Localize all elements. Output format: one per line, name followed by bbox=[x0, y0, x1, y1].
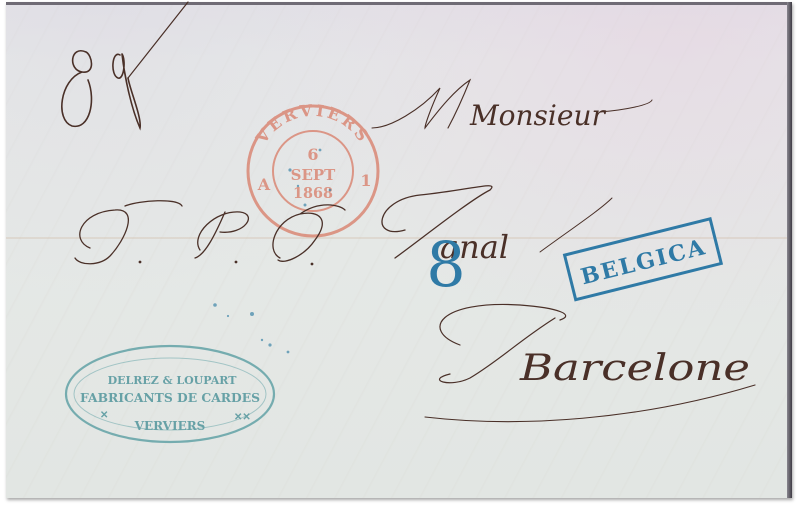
verviers-postmark: VERVIERS 6 SEPT 1868 A 1 bbox=[248, 101, 378, 236]
city-text: Barcelone bbox=[519, 348, 750, 389]
belgica-boxed-handstamp: BELGICA bbox=[565, 219, 722, 300]
cover-markings: 8 g VERVIERS 6 SEPT 1868 A 1 Monsieur J.… bbox=[0, 0, 800, 513]
cachet-line1: DELREZ & LOUPART bbox=[108, 374, 238, 387]
address-salutation: Monsieur bbox=[372, 80, 652, 132]
postmark-town: VERVIERS bbox=[251, 101, 374, 148]
sender-oval-cachet: DELREZ & LOUPART FABRICANTS DE CARDES VE… bbox=[66, 346, 274, 442]
postmark-year: 1868 bbox=[293, 184, 333, 202]
cachet-ornament-right: ✕✕ bbox=[234, 412, 251, 423]
postmark-day: 6 bbox=[307, 145, 318, 164]
salutation-text: Monsieur bbox=[469, 99, 606, 132]
svg-text:VERVIERS: VERVIERS bbox=[251, 101, 374, 148]
cachet-ornament-left: ✕ bbox=[100, 410, 108, 421]
postmark-month: SEPT bbox=[291, 166, 337, 184]
cachet-line2: FABRICANTS DE CARDES bbox=[80, 391, 260, 405]
postmark-right-number: 1 bbox=[360, 171, 371, 190]
manuscript-rate: 8 g bbox=[62, 2, 188, 128]
postmark-left-letter: A bbox=[257, 175, 271, 194]
address-city: Barcelone bbox=[425, 304, 755, 421]
cachet-line3: VERVIERS bbox=[134, 419, 206, 433]
rate-handstamp: 8 bbox=[426, 228, 465, 301]
